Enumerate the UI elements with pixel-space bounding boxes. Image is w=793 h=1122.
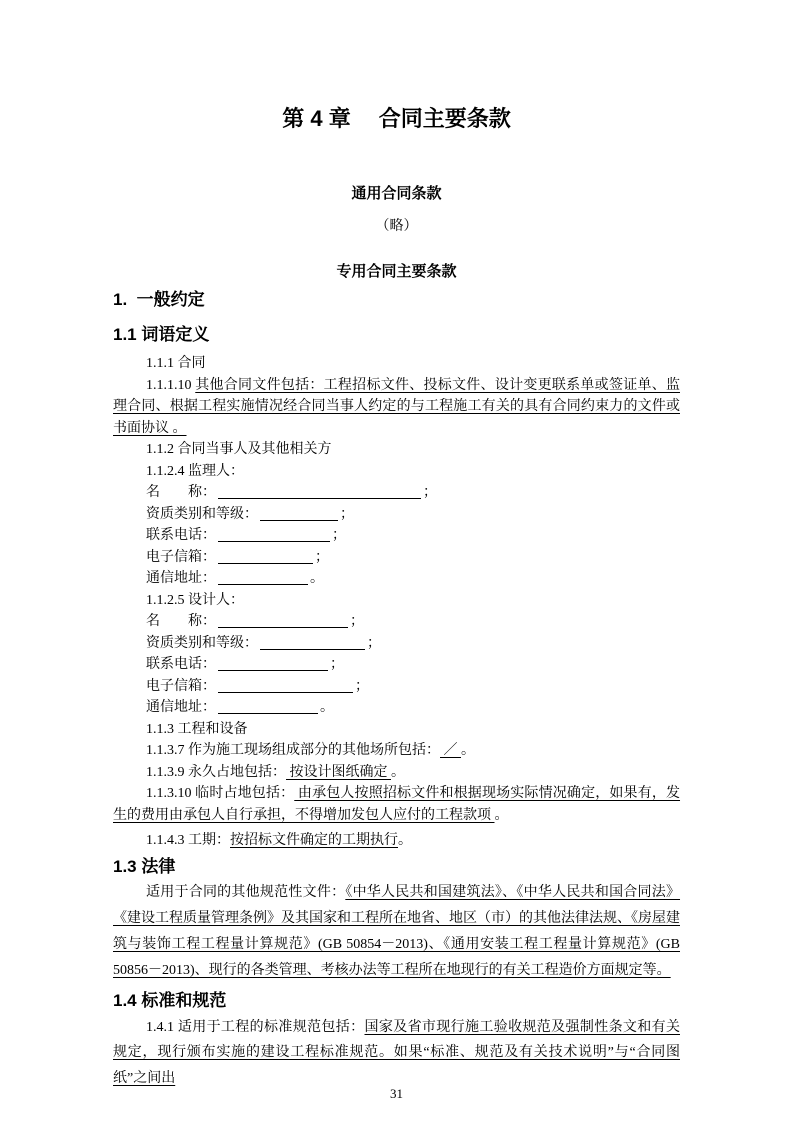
filled-in-text: 按设计图纸确定 [286, 765, 391, 780]
chapter-name: 合同主要条款 [379, 106, 511, 131]
section-1-3-heading: 1.3 法律 [113, 856, 680, 878]
clause-text: 1.1.3.10 临时占地包括： [146, 786, 294, 801]
designer-email-row: 电子信箱：； [113, 676, 680, 698]
field-label: 通信地址： [146, 700, 216, 715]
clause-1-1-2-5: 1.1.2.5 设计人： [113, 590, 680, 612]
clause-1-1-3: 1.1.3 工程和设备 [113, 719, 680, 741]
page-number: 31 [0, 1086, 793, 1102]
field-label: 名 称： [146, 614, 216, 629]
blank-line [218, 613, 348, 628]
section-1-4-heading: 1.4 标准和规范 [113, 990, 680, 1012]
clause-text: 1.1.4.3 工期： [146, 833, 230, 848]
supervisor-qualification-row: 资质类别和等级：； [113, 504, 680, 526]
filled-in-text: ／ [440, 743, 461, 758]
blank-line [218, 484, 421, 499]
filled-in-text: 其他合同文件包括：工程招标文件、投标文件、设计变更联系单或签证单、监理合同、根据… [113, 378, 680, 436]
clause-1-1-1: 1.1.1 合同 [113, 353, 680, 375]
clause-1-1-2: 1.1.2 合同当事人及其他相关方 [113, 439, 680, 461]
field-label: 联系电话： [146, 657, 216, 672]
chapter-title: 第 4 章合同主要条款 [113, 103, 680, 135]
special-terms-heading: 专用合同主要条款 [113, 262, 680, 282]
clause-1-1-3-9: 1.1.3.9 永久占地包括： 按设计图纸确定 。 [113, 762, 680, 784]
field-punct: ； [315, 550, 329, 565]
field-punct: 。 [320, 700, 334, 715]
clause-text: 1.1.3.7 作为施工现场组成部分的其他场所包括： [146, 743, 440, 758]
chapter-number: 第 4 章 [282, 106, 350, 131]
clause-punct: 。 [398, 833, 412, 848]
field-label: 通信地址： [146, 571, 216, 586]
clause-number: 1.1.1.10 [146, 378, 195, 393]
field-label: 联系电话： [146, 528, 216, 543]
blank-line [260, 506, 338, 521]
blank-line [218, 699, 318, 714]
clause-punct: 。 [461, 743, 475, 758]
supervisor-phone-row: 联系电话：； [113, 525, 680, 547]
blank-line [218, 527, 330, 542]
blank-line [218, 570, 308, 585]
clauses-block: 1.1.1 合同 1.1.1.10 其他合同文件包括：工程招标文件、投标文件、设… [113, 353, 680, 852]
blank-line [218, 678, 353, 693]
field-punct: ； [350, 614, 364, 629]
field-punct: 。 [310, 571, 324, 586]
section-1-heading: 1. 一般约定 [113, 289, 680, 311]
clause-1-1-1-10: 1.1.1.10 其他合同文件包括：工程招标文件、投标文件、设计变更联系单或签证… [113, 375, 680, 440]
supervisor-name-row: 名 称：； [113, 482, 680, 504]
field-punct: ； [340, 507, 354, 522]
clause-text: 1.1.3.9 永久占地包括： [146, 765, 286, 780]
clause-1-1-4-3: 1.1.4.3 工期：按招标文件确定的工期执行。 [113, 830, 680, 852]
clause-1-1-2-4: 1.1.2.4 监理人： [113, 461, 680, 483]
field-punct: ； [423, 485, 437, 500]
field-label: 电子信箱： [146, 550, 216, 565]
designer-qualification-row: 资质类别和等级：； [113, 633, 680, 655]
supervisor-address-row: 通信地址：。 [113, 568, 680, 590]
clause-punct: 。 [391, 765, 405, 780]
filled-in-text: 按招标文件确定的工期执行 [230, 833, 398, 848]
field-punct: ； [355, 679, 369, 694]
designer-address-row: 通信地址：。 [113, 697, 680, 719]
omitted-note: （略） [113, 217, 680, 237]
blank-line [260, 635, 365, 650]
field-label: 资质类别和等级： [146, 507, 258, 522]
supervisor-email-row: 电子信箱：； [113, 547, 680, 569]
designer-name-row: 名 称：； [113, 611, 680, 633]
section-1-1-heading: 1.1 词语定义 [113, 324, 680, 346]
general-terms-heading: 通用合同条款 [113, 184, 680, 204]
designer-phone-row: 联系电话：； [113, 654, 680, 676]
field-punct: ； [332, 528, 346, 543]
blank-line [218, 549, 313, 564]
field-punct: ； [367, 636, 381, 651]
blank-line [218, 656, 328, 671]
field-label: 资质类别和等级： [146, 636, 258, 651]
field-label: 名 称： [146, 485, 216, 500]
paragraph-intro: 1.4.1 适用于工程的标准规范包括： [146, 1020, 365, 1035]
standards-paragraph: 1.4.1 适用于工程的标准规范包括：国家及省市现行施工验收规范及强制性条文和有… [113, 1015, 680, 1092]
paragraph-intro: 适用于合同的其他规范性文件： [146, 885, 345, 900]
clause-1-1-3-7: 1.1.3.7 作为施工现场组成部分的其他场所包括： ／ 。 [113, 740, 680, 762]
field-label: 电子信箱： [146, 679, 216, 694]
document-page: 第 4 章合同主要条款 通用合同条款 （略） 专用合同主要条款 1. 一般约定 … [0, 0, 793, 1122]
field-punct: ； [330, 657, 344, 672]
clause-1-1-3-10: 1.1.3.10 临时占地包括： 由承包人按照招标文件和根据现场实际情况确定，如… [113, 783, 680, 826]
law-paragraph: 适用于合同的其他规范性文件：《中华人民共和国建筑法》、《中华人民共和国合同法》《… [113, 880, 680, 984]
clause-punct: 。 [495, 808, 509, 823]
